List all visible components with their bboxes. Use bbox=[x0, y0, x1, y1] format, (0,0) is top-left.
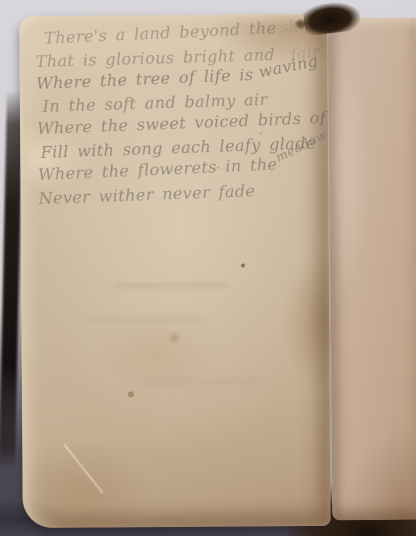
page-stain-specks bbox=[19, 16, 21, 18]
handwriting-text: There's a land beyond the bbox=[44, 18, 277, 48]
book-photo: There's a land beyond theskies That is g… bbox=[0, 0, 416, 536]
gutter-top-dot bbox=[296, 20, 306, 28]
handwritten-poem: There's a land beyond theskies That is g… bbox=[35, 22, 339, 210]
right-page bbox=[328, 18, 416, 521]
ink-showthrough bbox=[113, 283, 229, 289]
left-page: There's a land beyond theskies That is g… bbox=[19, 14, 331, 528]
page-corner-crease bbox=[63, 444, 103, 494]
